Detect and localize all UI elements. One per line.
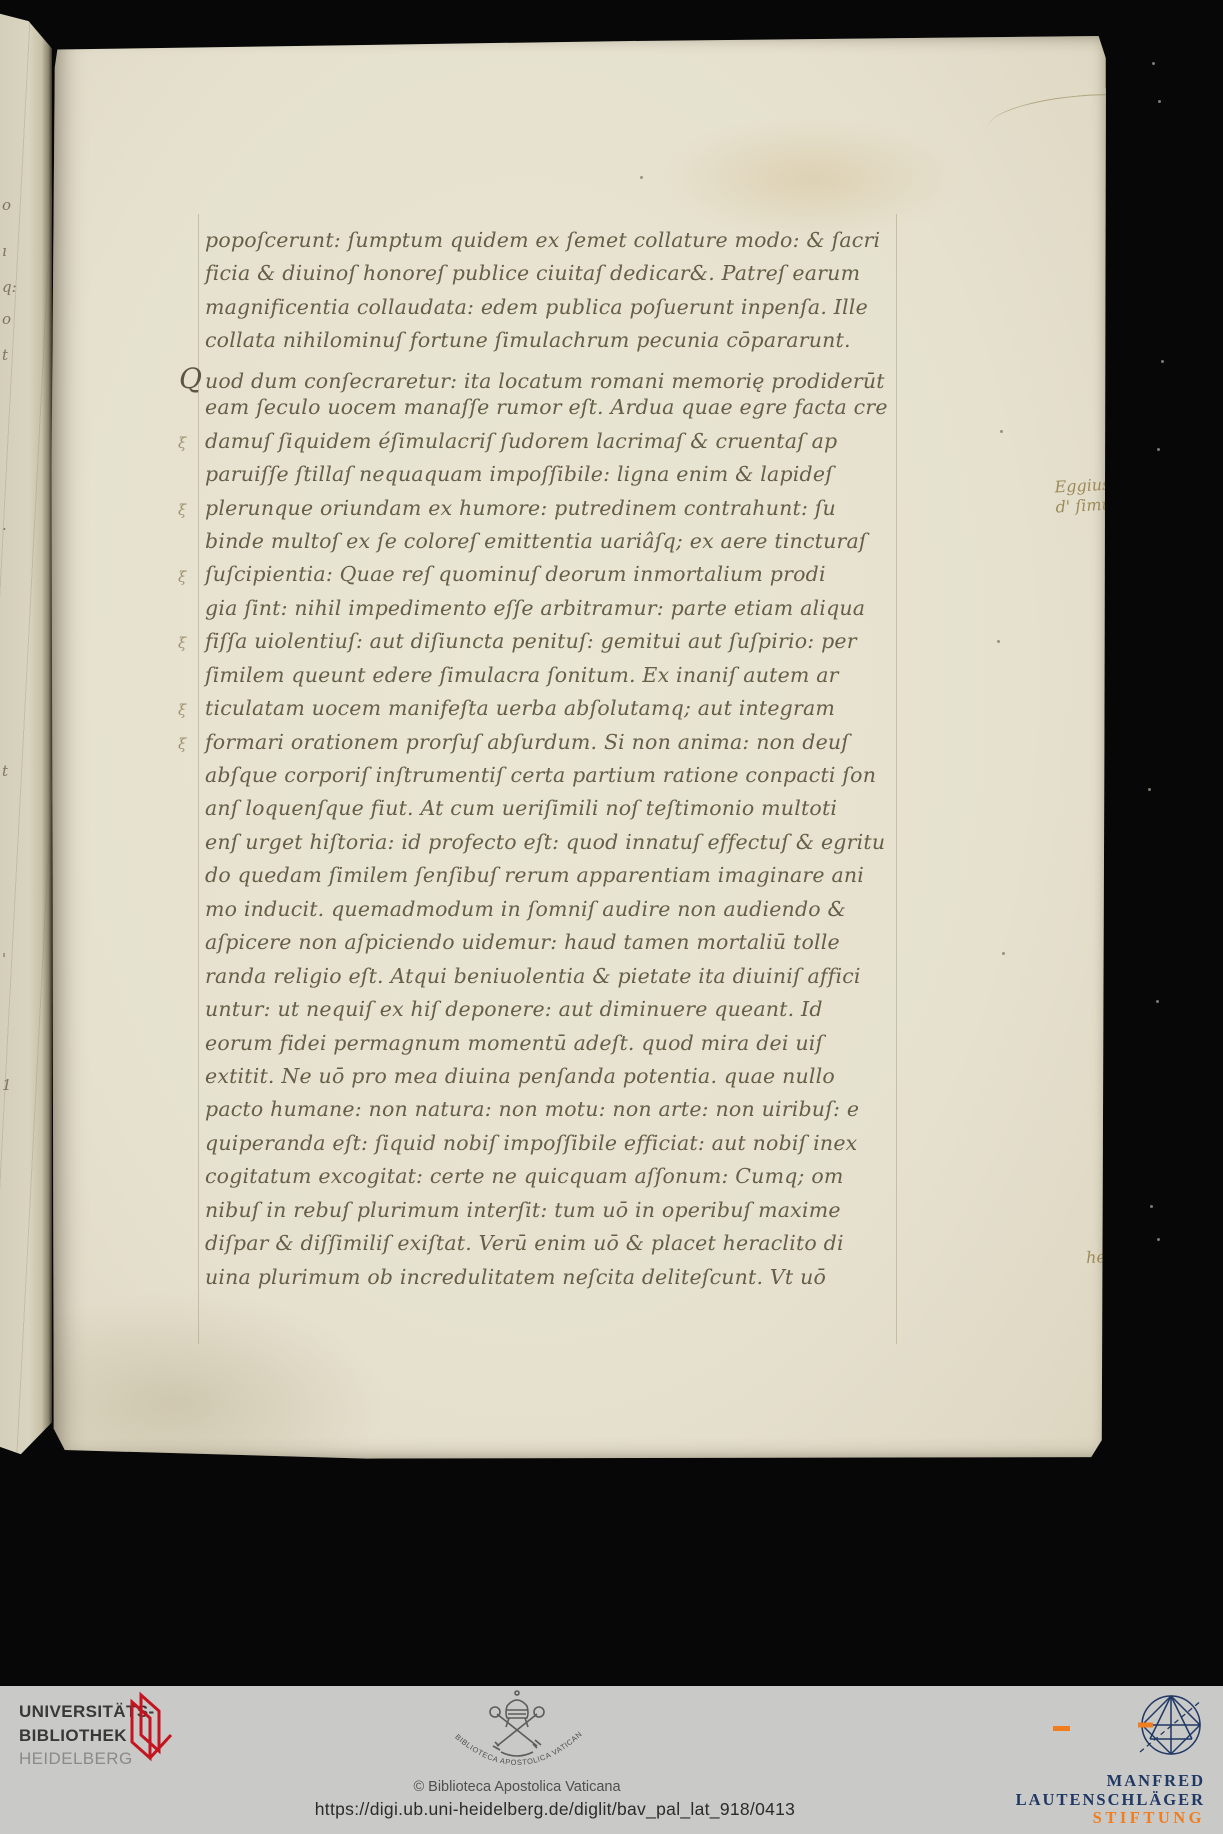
speck	[997, 640, 1000, 643]
quire-mark: ξ	[178, 634, 186, 652]
speck	[1150, 1205, 1153, 1208]
facing-page-letter-fragment: t	[2, 762, 8, 780]
manuscript-line: nibuſ in rebuſ plurimum interſit: tum uō…	[205, 1198, 905, 1231]
manuscript-line: extitit. Ne uō pro mea diuina penſanda p…	[205, 1064, 905, 1097]
stiftung-logo-text: MANFRED LAUTENSCHLÄGER STIFTUNG	[990, 1772, 1205, 1828]
manuscript-line: ſimilem queunt edere ſimulacra ſonitum. …	[205, 663, 905, 696]
speck	[1157, 448, 1160, 451]
manuscript-line: fiſſa uiolentiuſ: aut diſiuncta penituſ:…	[205, 629, 905, 662]
initial-letter: Q	[179, 362, 205, 395]
folio-rule-mark	[1105, 44, 1106, 88]
manuscript-line: popoſcerunt: ſumptum quidem ex ſemet col…	[205, 228, 905, 261]
stiftung-logo-line: MANFRED	[990, 1772, 1205, 1791]
manuscript-page: 204 popoſcerunt: ſumptum quidem ex ſemet…	[50, 36, 1106, 1460]
manuscript-line: eam ſeculo uocem manaſſe rumor eſt. Ardu…	[205, 395, 905, 428]
manuscript-line: aſpicere non aſpiciendo uidemur: haud ta…	[205, 930, 905, 963]
speck	[640, 176, 643, 179]
facing-page-letter-fragment: q:	[2, 278, 17, 296]
manuscript-line: Quod dum conſecraretur: ita locatum roma…	[205, 362, 905, 395]
manuscript-line: magnificentia collaudata: edem publica p…	[205, 295, 905, 328]
manuscript-line: plerunque oriundam ex humore: putredinem…	[205, 496, 905, 529]
speck	[1000, 430, 1003, 433]
quire-mark: ξ	[178, 501, 186, 519]
speck	[1161, 360, 1164, 363]
facing-page-letter-fragment: o	[2, 310, 11, 328]
manuscript-line: eorum fidei permagnum momentū adeſt. quo…	[205, 1031, 905, 1064]
quire-mark: ξ	[178, 568, 186, 586]
manuscript-line: binde multoſ ex ſe coloreſ emittentia ua…	[205, 529, 905, 562]
manuscript-line: formari orationem prorſuſ abſurdum. Si n…	[205, 730, 905, 763]
manuscript-line: cogitatum excogitat: certe ne quicquam a…	[205, 1164, 905, 1197]
facing-page-letter-fragment: ·	[2, 520, 7, 538]
manuscript-line: randa religio eſt. Atqui beniuolentia & …	[205, 964, 905, 997]
facing-page-letter-fragment: 1	[2, 1076, 12, 1094]
manuscript-line: diſpar & diſſimiliſ exiſtat. Verū enim u…	[205, 1231, 905, 1264]
stiftung-logo-line: LAUTENSCHLÄGER	[990, 1791, 1205, 1810]
manuscript-line: uina plurimum ob incredulitatem neſcita …	[205, 1265, 905, 1298]
manuscript-line: mo inducit. quemadmodum in ſomniſ audire…	[205, 897, 905, 930]
facing-page-letter-fragment: o	[2, 196, 11, 214]
quire-mark: ξ	[178, 434, 186, 452]
speck	[1148, 788, 1151, 791]
manuscript-line: untur: ut nequiſ ex hiſ deponere: aut di…	[205, 997, 905, 1030]
speck	[1157, 1238, 1160, 1241]
facing-page-edge: oıq:ot·t'1	[0, 8, 52, 1460]
manuscript-line: do quedam ſimilem ſenſibuſ rerum apparen…	[205, 863, 905, 896]
folio-flourish	[986, 87, 1162, 148]
manuscript-line: enſ urget hiſtoria: id profecto eſt: quo…	[205, 830, 905, 863]
footer-bar: UNIVERSITÄTS- BIBLIOTHEK HEIDELBERG	[0, 1686, 1223, 1834]
manuscript-line: ficia & diuinoſ honoreſ publice ciuitaſ …	[205, 261, 905, 294]
margin-note-heraclitus: heraclit9 .	[1086, 1244, 1170, 1267]
folio-number: 204	[1113, 46, 1165, 74]
speck	[1158, 100, 1161, 103]
margin-note-sudor: Eggius · l'ſudor : d' ſimulacris .	[1054, 471, 1191, 518]
copyright-line: © Biblioteca Apostolica Vaticana	[367, 1779, 667, 1795]
manuscript-line: ſuſcipientia: Quae reſ quominuſ deorum i…	[205, 562, 905, 595]
facing-page-letter-fragment: ı	[2, 242, 7, 260]
manuscript-viewer-canvas: oıq:ot·t'1 204 popoſcerunt: ſumptum quid…	[0, 0, 1223, 1834]
margin-note-line: Eggius · l'ſudor :	[1054, 471, 1190, 498]
speck	[1156, 1000, 1159, 1003]
facing-page-letter-fragment: t	[2, 346, 8, 364]
manuscript-line: ticulatam uocem manifeſta uerba abſoluta…	[205, 696, 905, 729]
speck	[1152, 62, 1155, 65]
manuscript-line: collata nihilominuſ fortune ſimulachrum …	[205, 328, 905, 361]
quire-mark: ξ	[178, 735, 186, 753]
stiftung-globe-icon	[1138, 1692, 1204, 1758]
manuscript-line: damuſ ſiquidem éſimulacriſ ſudorem lacri…	[205, 429, 905, 462]
manuscript-line: anſ loquenſque fiut. At cum ueriſimili n…	[205, 796, 905, 829]
stiftung-logo-line: STIFTUNG	[990, 1809, 1205, 1828]
manuscript-line: gia ſint: nihil impedimento eſſe arbitra…	[205, 596, 905, 629]
facing-page-letter-fragment: '	[2, 950, 6, 968]
manuscript-line: abſque corporiſ inſtrumentiſ certa parti…	[205, 763, 905, 796]
vatican-seal-icon: BIBLIOTECA APOSTOLICA VATICANA	[445, 1688, 590, 1792]
manuscript-line: quiperanda eſt: ſiquid nobiſ impoſſibile…	[205, 1131, 905, 1164]
quire-mark: ξ	[178, 701, 186, 719]
stiftung-orange-dash	[1053, 1726, 1070, 1731]
manuscript-line: pacto humane: non natura: non motu: non …	[205, 1097, 905, 1130]
manuscript-text-block: popoſcerunt: ſumptum quidem ex ſemet col…	[205, 228, 905, 1298]
source-url: https://digi.ub.uni-heidelberg.de/diglit…	[255, 1799, 855, 1820]
speck	[1002, 952, 1005, 955]
heidelberg-open-book-icon	[123, 1690, 179, 1770]
manuscript-line: paruiſſe ſtillaſ nequaquam impoſſibile: …	[205, 462, 905, 495]
